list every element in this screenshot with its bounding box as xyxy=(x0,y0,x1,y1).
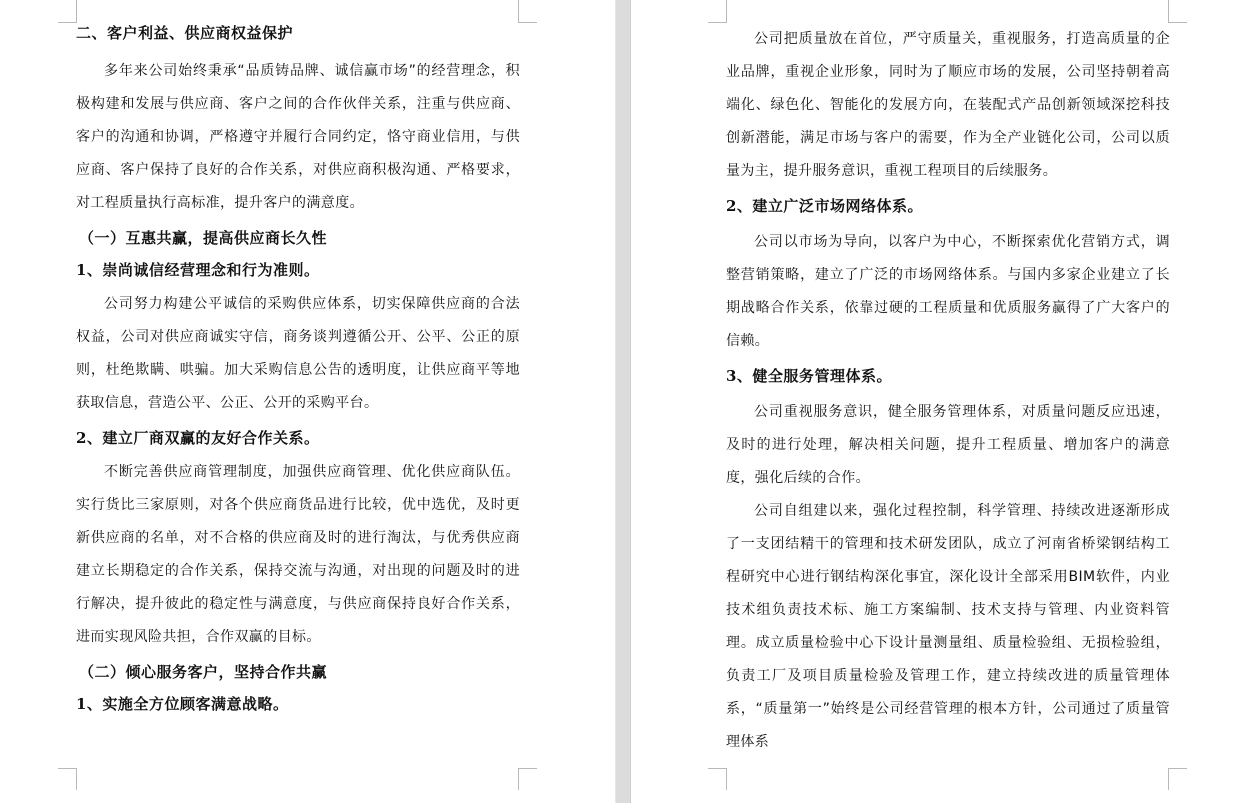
corner-mark-top-right xyxy=(518,22,537,23)
item-heading: 2、建立厂商双赢的友好合作关系。 xyxy=(76,426,520,450)
corner-mark-bottom-right xyxy=(1168,768,1187,769)
body-paragraph: 公司自组建以来，强化过程控制，科学管理、持续改进逐渐形成了一支团结精干的管理和技… xyxy=(726,495,1170,759)
corner-mark-bottom-right xyxy=(518,768,537,769)
corner-mark-top-left xyxy=(58,22,77,23)
page-body[interactable]: 公司把质量放在首位，严守质量关，重视服务，打造高质量的企业品牌，重视企业形象，同… xyxy=(726,23,1170,759)
corner-mark-bottom-left xyxy=(726,768,727,790)
corner-mark-top-left xyxy=(708,22,727,23)
corner-mark-top-right xyxy=(1168,0,1169,22)
corner-mark-bottom-left xyxy=(76,768,77,790)
item-heading: 1、实施全方位顾客满意战略。 xyxy=(76,692,520,716)
subsection-heading: （一）互惠共赢，提高供应商长久性 xyxy=(79,226,520,250)
page-body[interactable]: 二、客户利益、供应商权益保护 多年来公司始终秉承“品质铸品牌、诚信赢市场”的经营… xyxy=(76,20,520,716)
item-heading: 3、健全服务管理体系。 xyxy=(726,364,1170,388)
corner-mark-bottom-right xyxy=(1168,768,1169,790)
corner-mark-top-left xyxy=(726,0,727,22)
body-paragraph: 不断完善供应商管理制度，加强供应商管理、优化供应商队伍。实行货比三家原则，对各个… xyxy=(76,456,520,654)
corner-mark-bottom-left xyxy=(58,768,77,769)
item-heading: 1、崇尚诚信经营理念和行为准则。 xyxy=(76,258,520,282)
corner-mark-bottom-right xyxy=(518,768,519,790)
body-paragraph: 公司以市场为导向，以客户为中心，不断探索优化营销方式，调整营销策略，建立了广泛的… xyxy=(726,226,1170,358)
corner-mark-top-right xyxy=(1168,22,1187,23)
body-paragraph: 公司重视服务意识，健全服务管理体系，对质量问题反应迅速，及时的进行处理，解决相关… xyxy=(726,396,1170,495)
body-paragraph: 多年来公司始终秉承“品质铸品牌、诚信赢市场”的经营理念，积极构建和发展与供应商、… xyxy=(76,55,520,220)
corner-mark-bottom-left xyxy=(708,768,727,769)
section-heading: 二、客户利益、供应商权益保护 xyxy=(76,21,520,45)
page-gutter xyxy=(615,0,631,803)
subsection-heading: （二）倾心服务客户，坚持合作共赢 xyxy=(79,660,520,684)
corner-mark-top-left xyxy=(76,0,77,22)
document-page-right[interactable]: 公司把质量放在首位，严守质量关，重视服务，打造高质量的企业品牌，重视企业形象，同… xyxy=(631,0,1234,803)
document-page-left[interactable]: 二、客户利益、供应商权益保护 多年来公司始终秉承“品质铸品牌、诚信赢市场”的经营… xyxy=(0,0,615,803)
body-paragraph: 公司努力构建公平诚信的采购供应体系，切实保障供应商的合法权益，公司对供应商诚实守… xyxy=(76,288,520,420)
item-heading: 2、建立广泛市场网络体系。 xyxy=(726,194,1170,218)
body-paragraph: 公司把质量放在首位，严守质量关，重视服务，打造高质量的企业品牌，重视企业形象，同… xyxy=(726,23,1170,188)
corner-mark-top-right xyxy=(518,0,519,22)
